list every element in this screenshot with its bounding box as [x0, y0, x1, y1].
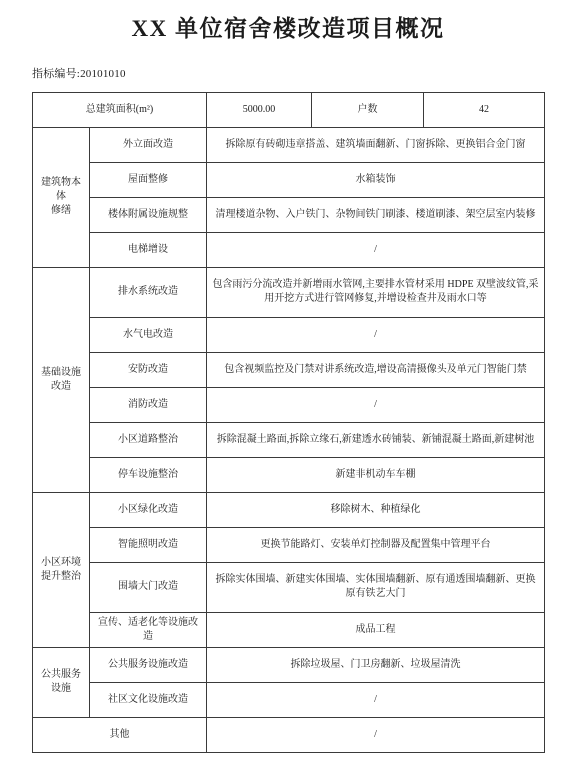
item-label: 围墙大门改造: [90, 562, 207, 612]
item-label: 智能照明改造: [90, 527, 207, 562]
households-value: 42: [424, 92, 545, 127]
table-row: 其他 /: [33, 717, 545, 752]
item-desc: 更换节能路灯、安装单灯控制器及配置集中管理平台: [207, 527, 545, 562]
item-desc: 水箱装饰: [207, 162, 545, 197]
item-desc: 拆除实体围墙、新建实体围墙、实体围墙翻新、原有通透围墙翻新、更换原有铁艺大门: [207, 562, 545, 612]
item-label: 公共服务设施改造: [90, 647, 207, 682]
table-row: 小区环境 提升整治 小区绿化改造 移除树木、种植绿化: [33, 492, 545, 527]
item-desc: 拆除混凝土路面,拆除立缘石,新建透水砖铺装、新铺混凝土路面,新建树池: [207, 422, 545, 457]
indicator-number: 指标编号:20101010: [32, 65, 544, 81]
other-desc: /: [207, 717, 545, 752]
item-label: 消防改造: [90, 387, 207, 422]
table-row: 公共服务 设施 公共服务设施改造 拆除垃圾屋、门卫房翻新、垃圾屋清洗: [33, 647, 545, 682]
table-row: 消防改造 /: [33, 387, 545, 422]
table-row: 屋面整修 水箱装饰: [33, 162, 545, 197]
item-label: 外立面改造: [90, 127, 207, 162]
total-area-value: 5000.00: [207, 92, 312, 127]
table-row: 总建筑面积(m²) 5000.00 户数 42: [33, 92, 545, 127]
indicator-number-value: 20101010: [80, 68, 126, 80]
item-label: 电梯增设: [90, 232, 207, 267]
indicator-number-label: 指标编号:: [32, 68, 80, 80]
item-label: 社区文化设施改造: [90, 682, 207, 717]
item-label: 楼体附属设施规整: [90, 197, 207, 232]
item-desc: /: [207, 682, 545, 717]
group-building-body-label: 建筑物本体 修缮: [33, 127, 90, 267]
item-desc: /: [207, 317, 545, 352]
item-label: 小区绿化改造: [90, 492, 207, 527]
item-desc: 新建非机动车车棚: [207, 457, 545, 492]
table-row: 小区道路整治 拆除混凝土路面,拆除立缘石,新建透水砖铺装、新铺混凝土路面,新建树…: [33, 422, 545, 457]
group-environment-label: 小区环境 提升整治: [33, 492, 90, 647]
item-label: 排水系统改造: [90, 267, 207, 317]
table-row: 水气电改造 /: [33, 317, 545, 352]
item-desc: /: [207, 387, 545, 422]
item-desc: 清理楼道杂物、入户铁门、杂物间铁门刷漆、楼道刷漆、架空层室内装修: [207, 197, 545, 232]
item-desc: /: [207, 232, 545, 267]
item-desc: 移除树木、种植绿化: [207, 492, 545, 527]
item-label: 水气电改造: [90, 317, 207, 352]
item-label: 停车设施整治: [90, 457, 207, 492]
item-desc: 包含雨污分流改造并新增雨水管网,主要排水管材采用 HDPE 双壁波纹管,采用开挖…: [207, 267, 545, 317]
table-row: 安防改造 包含视频监控及门禁对讲系统改造,增设高清摄像头及单元门智能门禁: [33, 352, 545, 387]
group-infrastructure-label: 基础设施 改造: [33, 267, 90, 492]
document-page: XX 单位宿舍楼改造项目概况 指标编号:20101010 总建筑面积(m²) 5…: [0, 0, 575, 776]
table-row: 楼体附属设施规整 清理楼道杂物、入户铁门、杂物间铁门刷漆、楼道刷漆、架空层室内装…: [33, 197, 545, 232]
renovation-overview-table: 总建筑面积(m²) 5000.00 户数 42 建筑物本体 修缮 外立面改造 拆…: [32, 92, 545, 753]
table-row: 停车设施整治 新建非机动车车棚: [33, 457, 545, 492]
table-row: 智能照明改造 更换节能路灯、安装单灯控制器及配置集中管理平台: [33, 527, 545, 562]
item-label: 宣传、适老化等设施改造: [90, 612, 207, 647]
page-title: XX 单位宿舍楼改造项目概况: [32, 14, 544, 44]
table-row: 围墙大门改造 拆除实体围墙、新建实体围墙、实体围墙翻新、原有通透围墙翻新、更换原…: [33, 562, 545, 612]
table-row: 电梯增设 /: [33, 232, 545, 267]
item-label: 屋面整修: [90, 162, 207, 197]
households-label: 户数: [312, 92, 424, 127]
table-row: 宣传、适老化等设施改造 成品工程: [33, 612, 545, 647]
other-label: 其他: [33, 717, 207, 752]
item-desc: 拆除原有砖砌违章搭盖、建筑墙面翻新、门窗拆除、更换铝合金门窗: [207, 127, 545, 162]
item-desc: 成品工程: [207, 612, 545, 647]
item-desc: 拆除垃圾屋、门卫房翻新、垃圾屋清洗: [207, 647, 545, 682]
table-row: 建筑物本体 修缮 外立面改造 拆除原有砖砌违章搭盖、建筑墙面翻新、门窗拆除、更换…: [33, 127, 545, 162]
item-label: 安防改造: [90, 352, 207, 387]
group-public-services-label: 公共服务 设施: [33, 647, 90, 717]
table-row: 基础设施 改造 排水系统改造 包含雨污分流改造并新增雨水管网,主要排水管材采用 …: [33, 267, 545, 317]
table-row: 社区文化设施改造 /: [33, 682, 545, 717]
item-desc: 包含视频监控及门禁对讲系统改造,增设高清摄像头及单元门智能门禁: [207, 352, 545, 387]
total-area-label: 总建筑面积(m²): [33, 92, 207, 127]
item-label: 小区道路整治: [90, 422, 207, 457]
